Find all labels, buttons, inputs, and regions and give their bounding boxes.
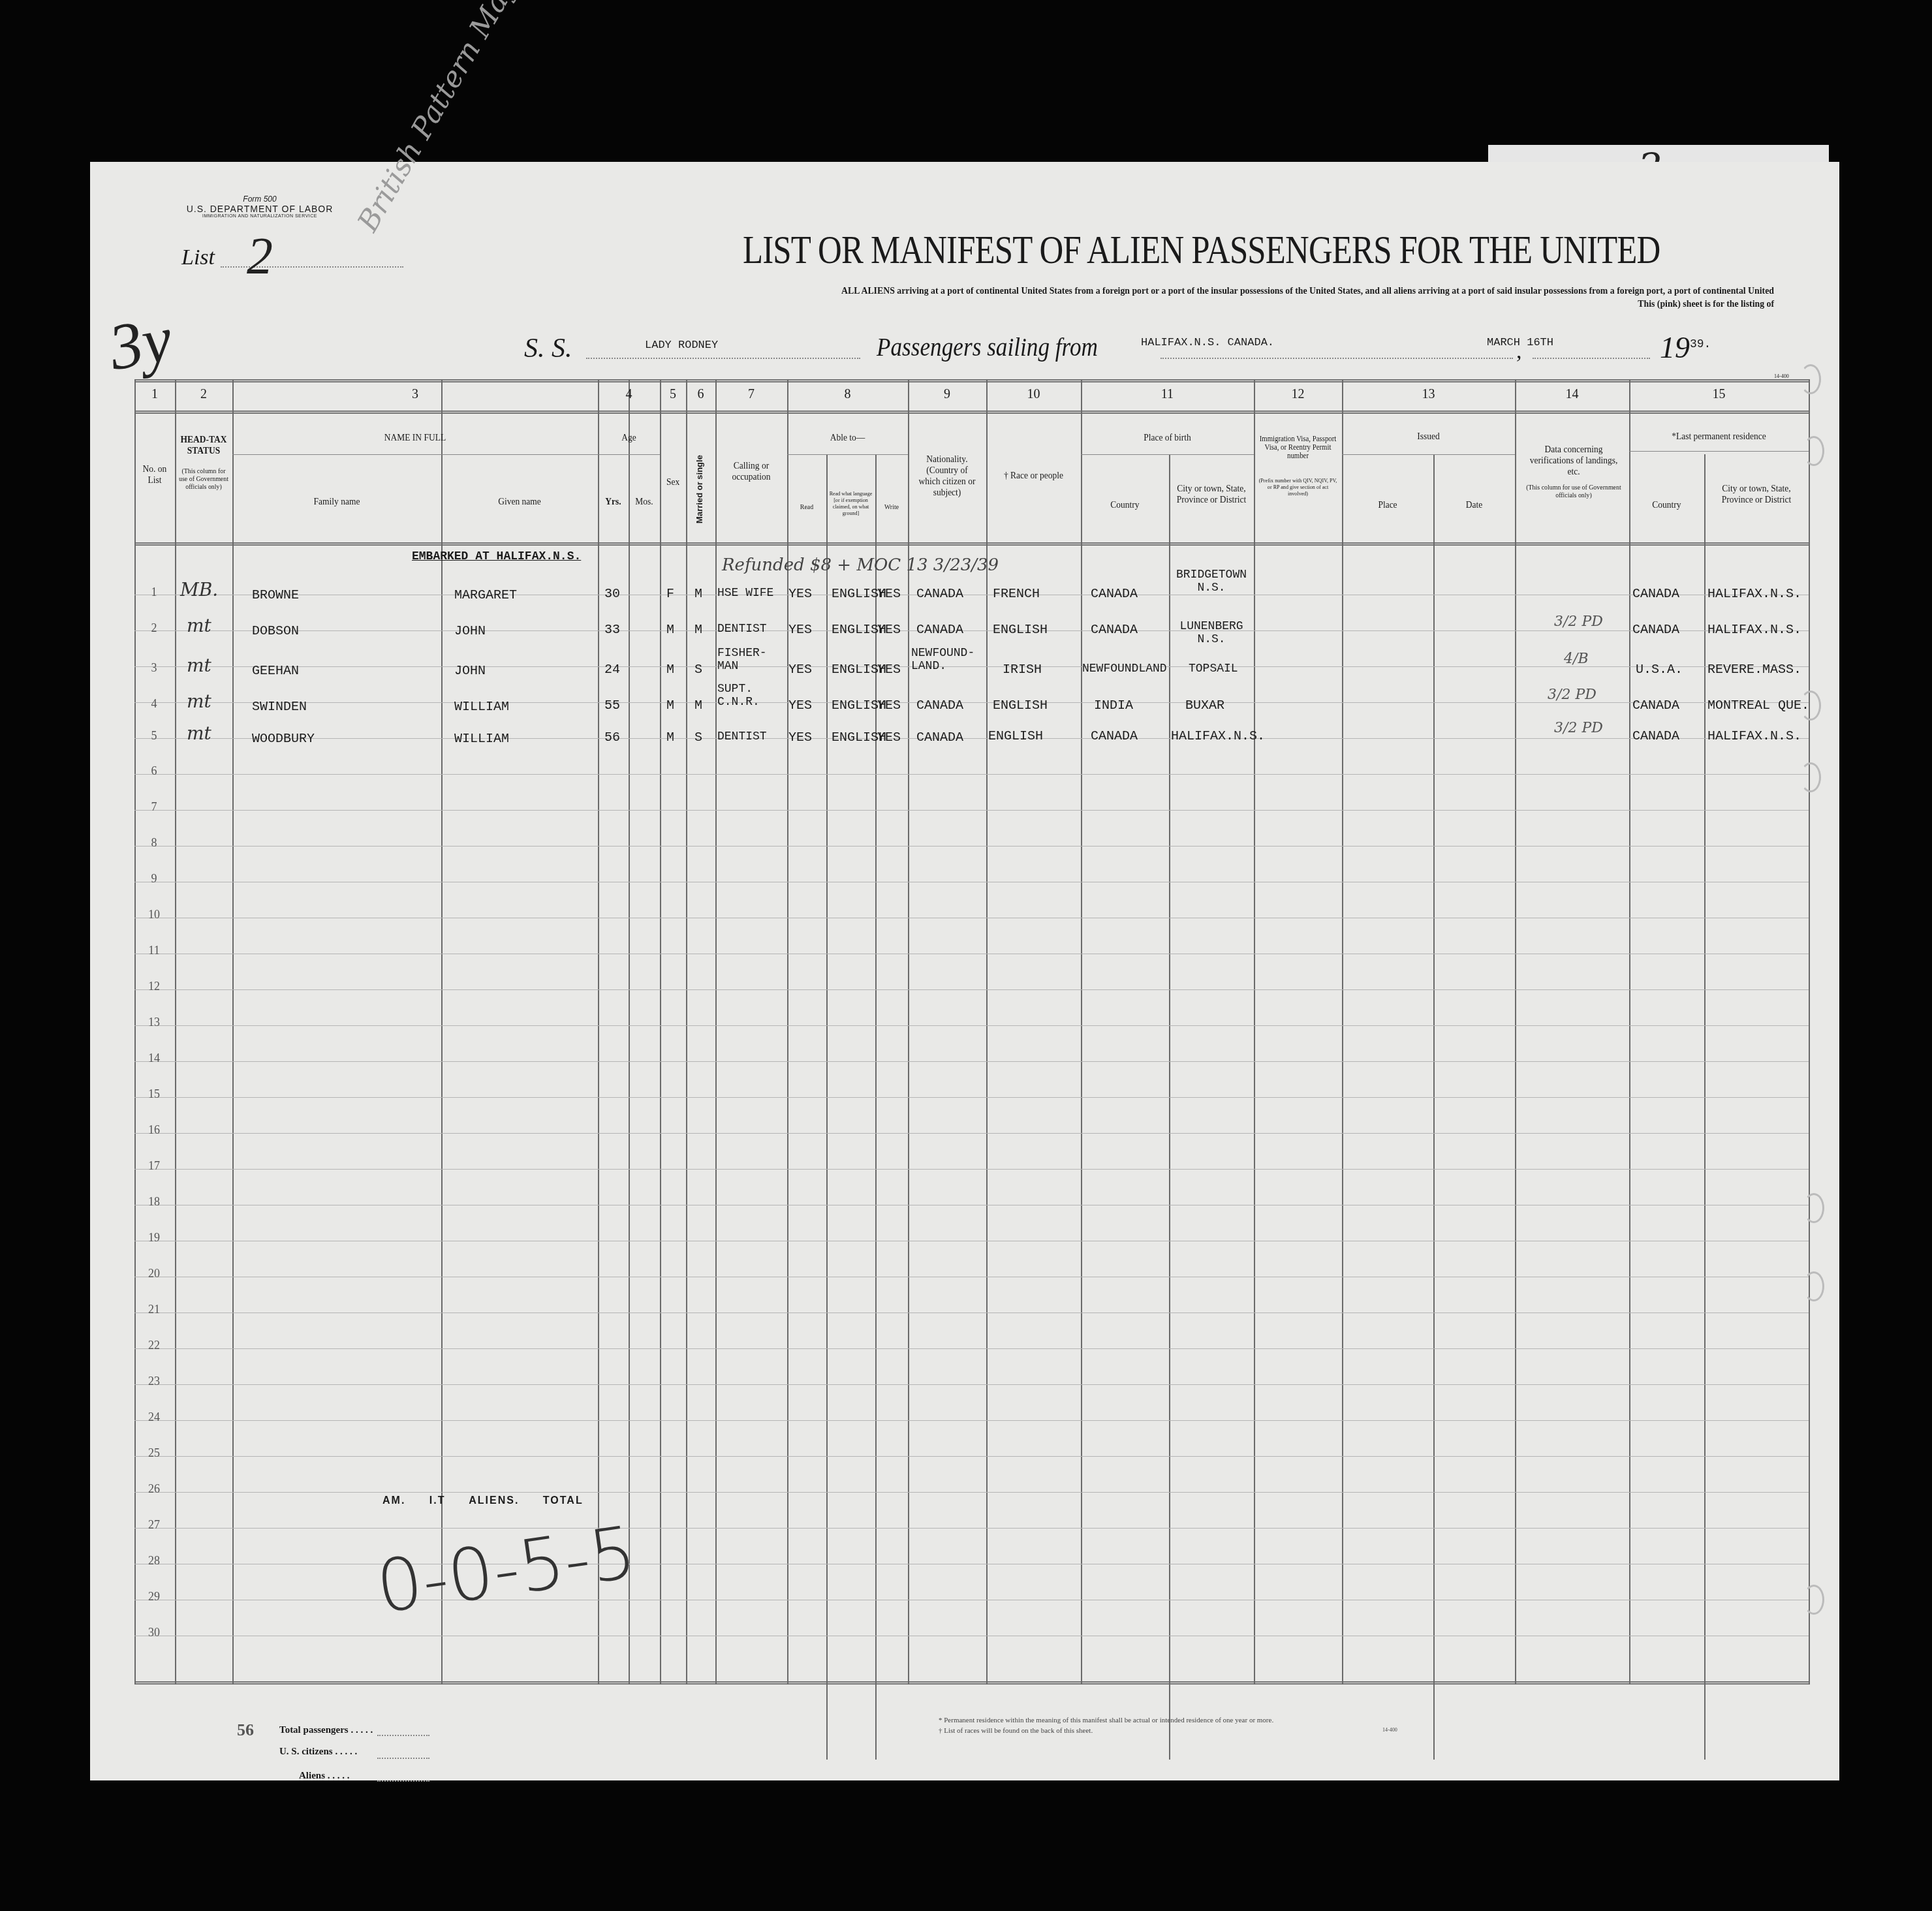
row-number: 4 [134,697,174,711]
row-number: 7 [134,800,174,814]
head-tax: mt [187,615,211,636]
birth-country: NEWFOUNDLAND [1082,662,1167,676]
subtitle-line-2: This (pink) sheet is for the listing of [537,298,1774,311]
write: YES [877,587,901,602]
ship-name: LADY RODNEY [645,339,718,352]
hdr-verifications-note: (This column for use of Government offic… [1524,484,1624,499]
hdr-headtax: HEAD-TAX STATUS [178,435,229,457]
read: YES [788,587,812,602]
row-number: 24 [134,1410,174,1424]
birth-city: TOPSAIL [1189,662,1238,676]
row-number: 22 [134,1339,174,1352]
race: FRENCH [993,587,1040,602]
verification: 4/B [1564,651,1589,667]
form-code: 14-400 [1774,373,1789,379]
hdr-visa: Immigration Visa, Passport Visa, or Reen… [1258,435,1338,460]
hdr-able: Able to— [793,433,902,444]
ship-dotline [586,358,860,359]
family-name: DOBSON [252,624,299,639]
hdr-age: Age [601,433,657,444]
verification: 3/2 PD [1554,614,1603,630]
occupation: DENTIST [717,623,767,636]
age-years: 30 [604,587,620,602]
race: ENGLISH [988,729,1043,744]
total-passengers-label: Total passengers . . . . . [279,1725,373,1736]
birth-country: CANADA [1091,623,1138,638]
hdr-no: No. on List [136,464,173,486]
binder-hole [1800,762,1821,792]
table-row: 4 mt SWINDEN WILLIAM 55 M M SUPT. C.N.R.… [134,683,1809,719]
race: ENGLISH [993,698,1048,713]
hdr-birth: Place of birth [1089,433,1245,444]
sailing-label: Passengers sailing from [877,332,1098,362]
footer-code: 14-400 [1382,1727,1397,1733]
pencil-note: British Pattern Mayfield [351,0,555,238]
col-num: 6 [686,387,715,402]
head-tax: mt [187,691,211,712]
hdr-mos: Mos. [630,497,658,508]
age-years: 24 [604,662,620,677]
write: YES [877,662,901,677]
family-name: SWINDEN [252,700,307,715]
birth-country: CANADA [1091,587,1138,602]
birth-country: INDIA [1094,698,1133,713]
rule [134,411,1809,414]
row-number: 23 [134,1375,174,1388]
binder-hole [1803,1271,1824,1301]
col-num: 8 [787,387,908,402]
read: YES [788,730,812,745]
col-num: 10 [986,387,1081,402]
sex: M [666,698,674,713]
row-number: 26 [134,1482,174,1496]
table-row: 5 mt WOODBURY WILLIAM 56 M S DENTIST YES… [134,719,1809,754]
res-city: HALIFAX.N.S. [1707,729,1801,744]
col-num: 9 [908,387,986,402]
race: IRISH [1003,662,1042,677]
marital: S [694,662,702,677]
totals-stamp: AM. I.T ALIENS. TOTAL [382,1495,584,1507]
marital: S [694,730,702,745]
handwritten-annotation: Refunded $8 + MOC 13 3/23/39 [722,555,999,575]
date-dotline [1533,358,1650,359]
col-num: 12 [1254,387,1342,402]
hdr-sex: Sex [661,477,685,488]
list-number: 2 [247,227,273,287]
col-num: 4 [598,387,660,402]
marital: M [694,623,702,638]
res-country: CANADA [1632,729,1679,744]
family-name: GEEHAN [252,664,299,679]
hdr-visa-note: (Prefix number with QIV, NQIV, PV, or RP… [1258,477,1338,497]
row-number: 15 [134,1087,174,1101]
aliens-label: Aliens . . . . . [299,1771,350,1782]
row-number: 13 [134,1016,174,1029]
write: YES [877,730,901,745]
col-num: 14 [1515,387,1629,402]
hdr-read: Read [789,503,824,511]
hdr-given: Given name [449,497,590,508]
rule [134,379,1809,382]
year-suffix: 39. [1690,338,1711,351]
subtitle-line-1: ALL ALIENS arriving at a port of contine… [537,285,1774,298]
verification: 3/2 PD [1548,687,1597,703]
read: YES [788,662,812,677]
row-number: 28 [134,1554,174,1568]
row-number: 18 [134,1195,174,1209]
sex: F [666,587,674,602]
hdr-race: † Race or people [991,471,1076,482]
family-name: BROWNE [252,588,299,603]
verification: 3/2 PD [1554,720,1603,736]
table-row: 2 mt DOBSON JOHN 33 M M DENTIST YES ENGL… [134,611,1809,647]
row-number: 3 [134,661,174,675]
row-number: 25 [134,1446,174,1460]
col-num: 5 [660,387,686,402]
row-number: 9 [134,872,174,886]
year: 1939. [1660,330,1711,365]
hdr-res-country: Country [1633,500,1701,511]
row-number: 30 [134,1626,174,1639]
read: YES [788,623,812,638]
row-number: 11 [134,944,174,957]
hdr-birth-country: Country [1085,500,1165,511]
service: IMMIGRATION AND NATURALIZATION SERVICE [175,214,345,219]
rule [134,1681,1809,1685]
occupation: SUPT. C.N.R. [717,683,770,709]
binder-hole [1803,1585,1824,1615]
occupation: HSE WIFE [717,587,773,600]
age-years: 56 [604,730,620,745]
hdr-nationality: Nationality. (Country of which citizen o… [915,454,980,499]
family-name: WOODBURY [252,732,315,747]
hdr-name: NAME IN FULL [251,433,580,444]
binder-hole [1800,364,1821,394]
row-number: 19 [134,1231,174,1245]
head-tax: MB. [180,579,218,600]
row-number: 21 [134,1303,174,1316]
given-name: WILLIAM [454,732,509,747]
res-city: REVERE.MASS. [1707,662,1801,677]
occupation: FISHER-MAN [717,647,783,673]
department: U.S. DEPARTMENT OF LABOR [175,204,345,214]
footnote-races: † List of races will be found on the bac… [939,1727,1093,1735]
port-dotline [1161,358,1513,359]
sex: M [666,662,674,677]
birth-country: CANADA [1091,729,1138,744]
row-number: 16 [134,1123,174,1137]
manifest-table: 1 2 3 4 5 6 7 8 9 10 11 12 13 14 15 No. … [134,379,1809,1685]
res-city: HALIFAX.N.S. [1707,623,1801,638]
embarked-note: EMBARKED AT HALIFAX.N.S. [412,550,581,563]
row-number: 8 [134,836,174,850]
hdr-res-city: City or town, State, Province or Distric… [1709,484,1803,506]
page-title: LIST OR MANIFEST OF ALIEN PASSENGERS FOR… [743,227,1660,273]
write: YES [877,623,901,638]
occupation: DENTIST [717,730,767,743]
res-country: CANADA [1632,698,1679,713]
row-number: 20 [134,1267,174,1281]
form-header: Form 500 U.S. DEPARTMENT OF LABOR IMMIGR… [175,194,345,219]
dotline [377,1735,429,1736]
sailing-from: HALIFAX.N.S. CANADA. [1141,337,1274,349]
col-num: 3 [232,387,598,402]
birth-city: BUXAR [1185,698,1224,713]
row-number: 27 [134,1518,174,1532]
nationality: CANADA [916,623,963,638]
head-tax: mt [187,722,211,744]
row-number: 17 [134,1159,174,1173]
col-num: 7 [715,387,787,402]
dotline [377,1780,429,1782]
sex: M [666,623,674,638]
row-number: 29 [134,1590,174,1604]
hdr-headtax-note: (This column for use of Government offic… [178,467,229,491]
given-name: JOHN [454,664,486,679]
binder-hole [1803,1193,1824,1223]
hdr-write: Write [877,503,907,511]
hdr-residence: *Last permanent residence [1638,431,1800,443]
table-row: 1 MB. BROWNE MARGARET 30 F M HSE WIFE YE… [134,575,1809,611]
nationality: CANADA [916,730,963,745]
nationality: CANADA [916,698,963,713]
hdr-yrs: Yrs. [599,497,627,508]
row-number: 12 [134,980,174,993]
given-name: WILLIAM [454,700,509,715]
row-number: 10 [134,908,174,922]
total-count: 56 [237,1720,254,1740]
hdr-issued-place: Place [1347,500,1429,511]
rule [134,542,1809,546]
margin-note: 3y [104,301,178,386]
read: YES [788,698,812,713]
birth-city: BRIDGETOWN N.S. [1172,568,1251,595]
hdr-family: Family name [243,497,431,508]
col-num: 15 [1629,387,1809,402]
table-row: 3 mt GEEHAN JOHN 24 M S FISHER-MAN YES E… [134,647,1809,683]
col-num: 13 [1342,387,1515,402]
nationality: CANADA [916,587,963,602]
given-name: MARGARET [454,588,517,603]
row-number: 2 [134,621,174,635]
marital: M [694,698,702,713]
res-country: CANADA [1632,587,1679,602]
head-tax: mt [187,655,211,676]
given-name: JOHN [454,624,486,639]
form-number: Form 500 [175,194,345,204]
age-years: 55 [604,698,620,713]
row-number: 5 [134,729,174,743]
manifest-sheet: Form 500 U.S. DEPARTMENT OF LABOR IMMIGR… [90,162,1839,1780]
hdr-calling: Calling or occupation [722,461,781,483]
sailing-date: MARCH 16TH [1487,337,1553,349]
res-country: U.S.A. [1636,662,1683,677]
list-label: List [181,245,215,270]
age-years: 33 [604,623,620,638]
res-city: HALIFAX.N.S. [1707,587,1801,602]
ss-label: S. S. [524,333,572,364]
binder-hole [1800,691,1821,721]
dotline [377,1758,429,1759]
res-city: MONTREAL QUE. [1707,698,1809,713]
col-num: 2 [175,387,232,402]
res-country: CANADA [1632,623,1679,638]
row-number: 1 [134,585,174,599]
birth-city: HALIFAX.N.S. [1171,729,1265,744]
hdr-issued: Issued [1350,431,1506,443]
marital: M [694,587,702,602]
us-citizens-label: U. S. citizens . . . . . [279,1747,357,1758]
hdr-birth-city: City or town, State, Province or Distric… [1174,484,1250,506]
row-number: 6 [134,764,174,778]
write: YES [877,698,901,713]
row-number: 14 [134,1051,174,1065]
sex: M [666,730,674,745]
hdr-married: Married or single [694,447,705,532]
year-prefix: 19 [1660,331,1690,364]
subtitle: ALL ALIENS arriving at a port of contine… [537,285,1774,311]
col-num: 1 [134,387,175,402]
footnote-residence: * Permanent residence within the meaning… [939,1717,1273,1724]
hdr-read-language: Read what language [or if exemption clai… [829,490,873,516]
birth-city: LUNENBERG N.S. [1172,620,1251,646]
hdr-verifications: Data concerning verifications of landing… [1524,444,1624,478]
binder-hole [1803,436,1824,466]
race: ENGLISH [993,623,1048,638]
nationality: NEWFOUND-LAND. [911,647,986,673]
hdr-issued-date: Date [1437,500,1511,511]
col-num: 11 [1081,387,1254,402]
